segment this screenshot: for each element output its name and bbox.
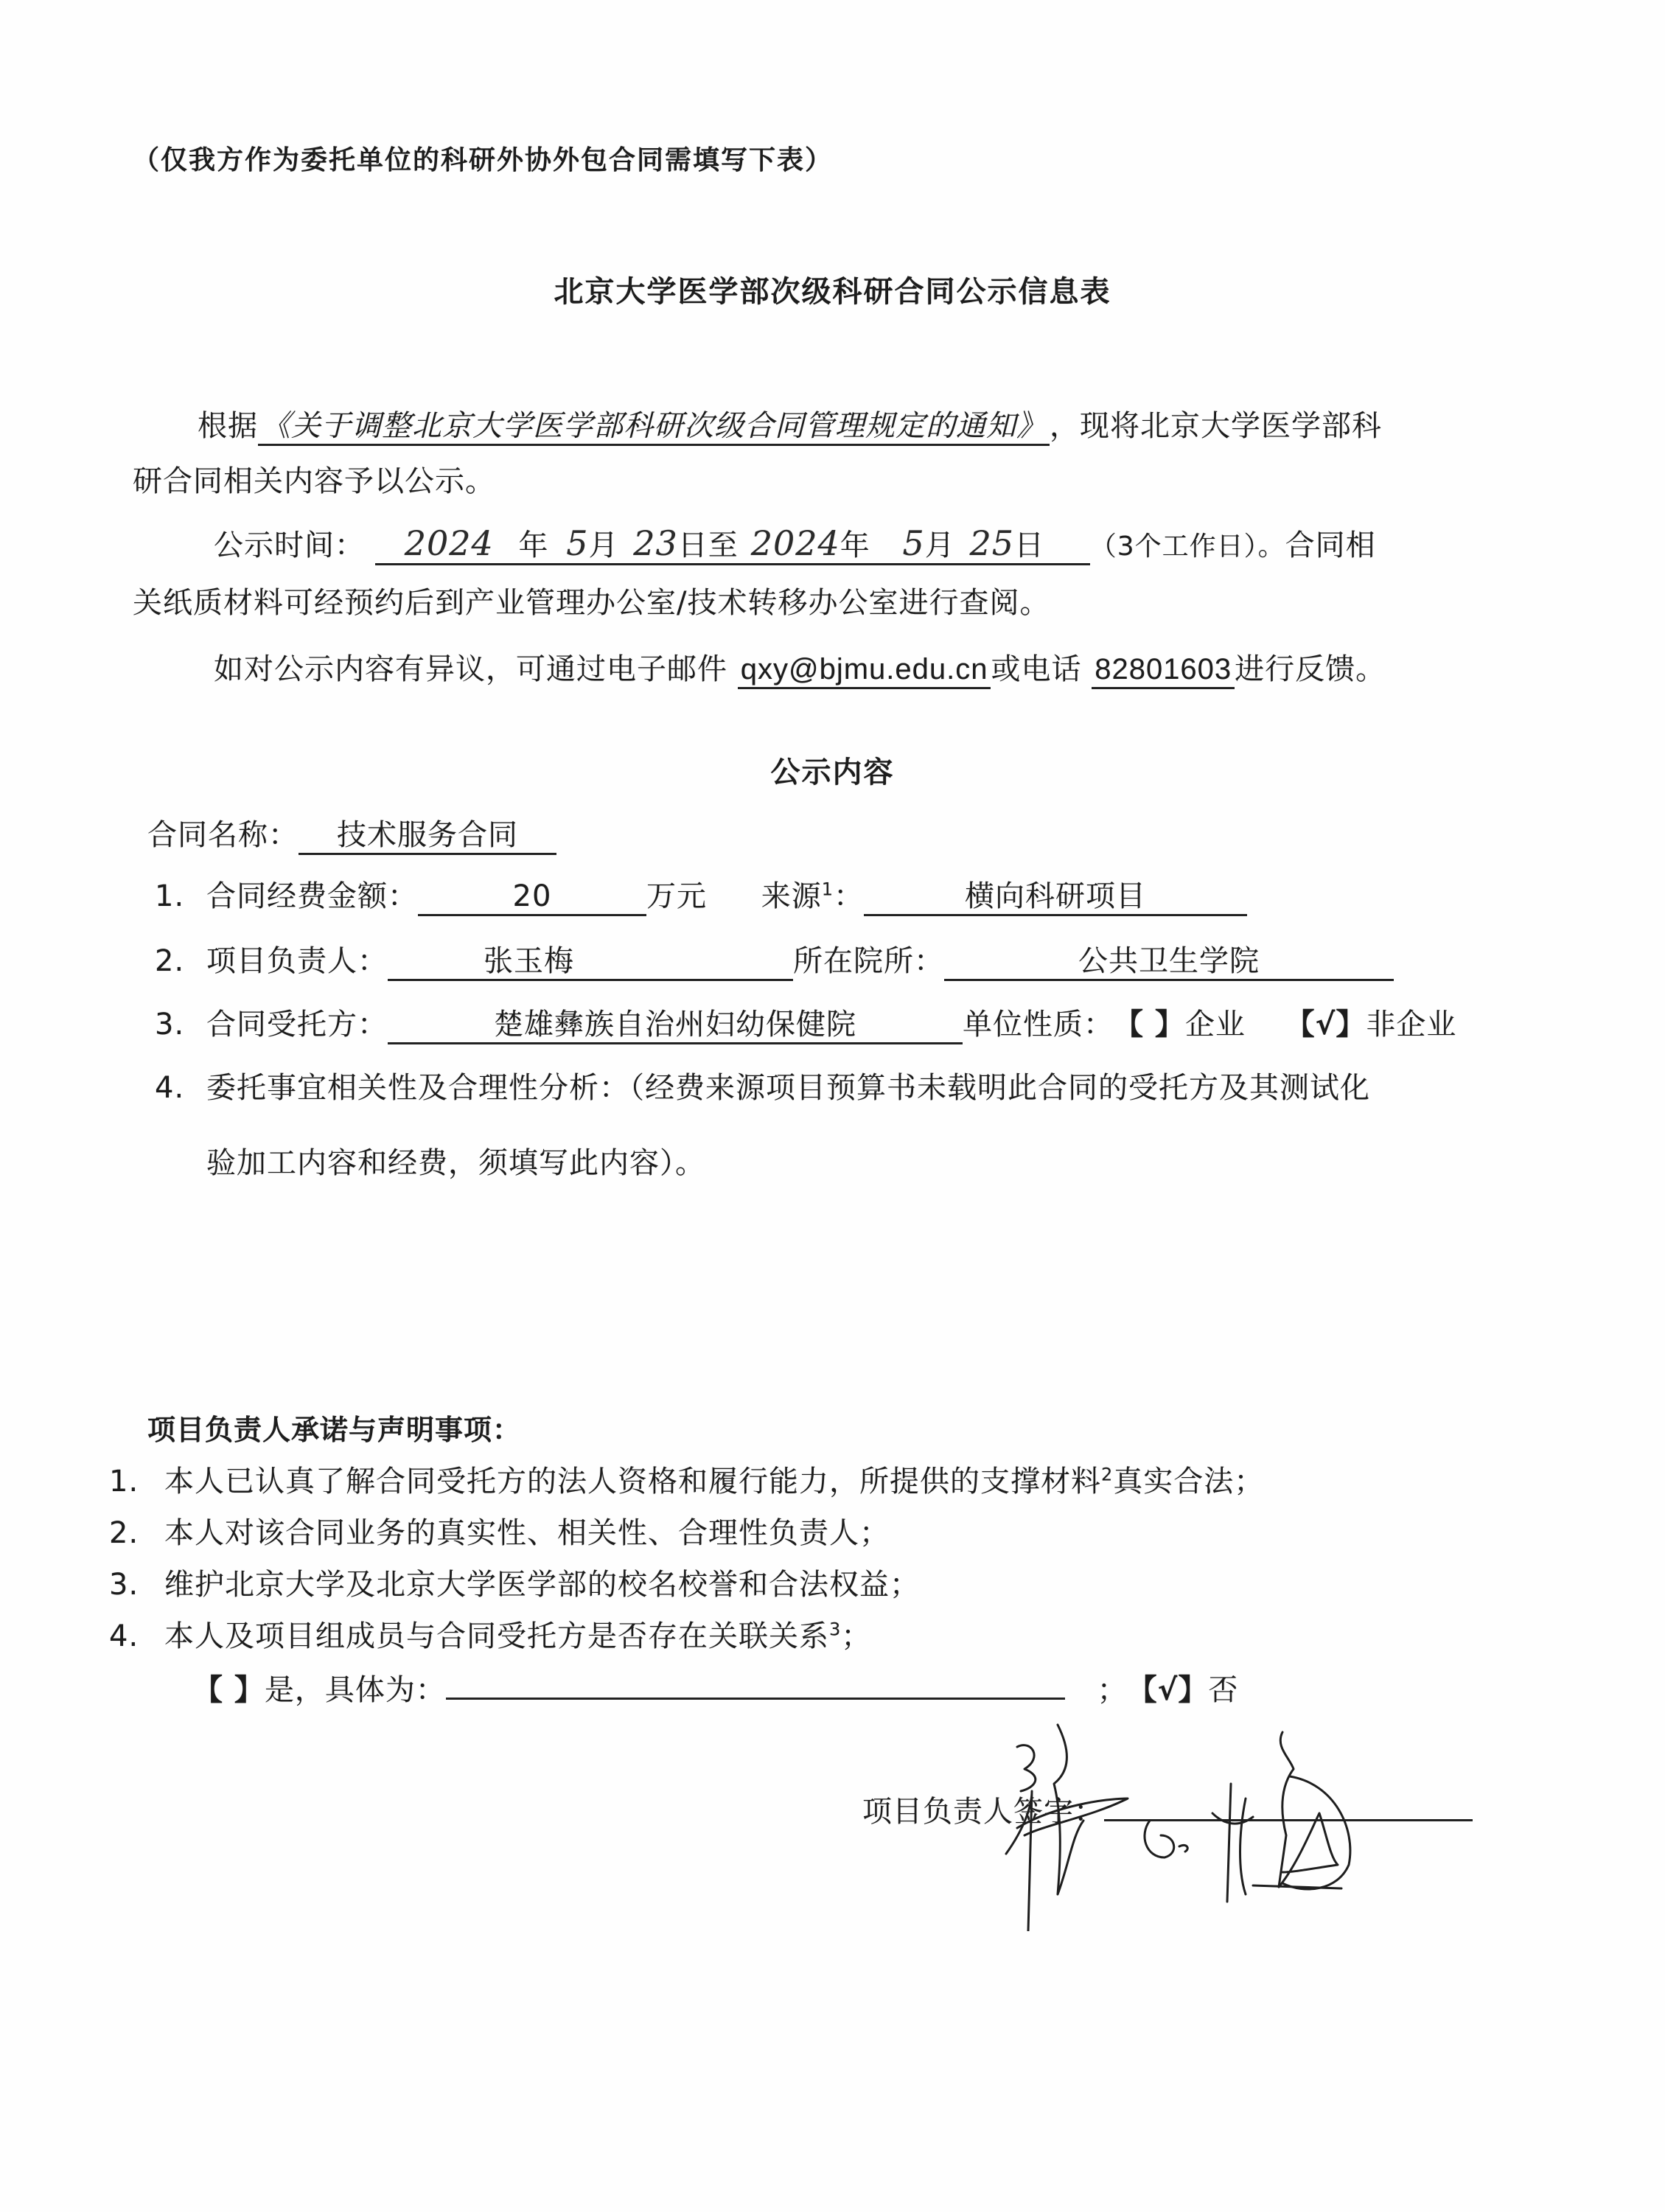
section-title: 公示内容 — [0, 752, 1665, 793]
commitment-item-1: 1.本人已认真了解合同受托方的法人资格和履行能力，所提供的支撑材料2真实合法； — [109, 1461, 1264, 1502]
intro-prefix: 根据 — [198, 409, 258, 443]
relation-detail-field[interactable] — [446, 1698, 1065, 1700]
contract-item-3: 3.合同受托方：楚雄彝族自治州妇幼保健院单位性质：【 】企业 【√】非企业 — [155, 1004, 1456, 1045]
non-enterprise-checkbox[interactable]: 【√】 — [1285, 1004, 1366, 1045]
amount-field[interactable]: 20 — [418, 879, 646, 916]
notice-period-line: 公示时间： 2024 年 5月 23日至 2024年 5月 25日 （3个工作日… — [214, 525, 1376, 568]
end-month: 5 — [903, 523, 925, 563]
amount-unit: 万元 — [646, 879, 707, 913]
feedback-email-link[interactable]: qxy@bjmu.edu.cn — [738, 652, 991, 689]
regulation-link[interactable]: 《关于调整北京大学医学部科研次级合同管理规定的通知》 — [258, 408, 1050, 446]
contract-item-1: 1.合同经费金额：20万元 来源1：横向科研项目 — [155, 876, 1247, 917]
non-enterprise-option-label: 非企业 — [1366, 1008, 1456, 1042]
contract-item-2: 2.项目负责人：张玉梅所在院所：公共卫生学院 — [155, 941, 1394, 982]
intro-line-1: 根据《关于调整北京大学医学部科研次级合同管理规定的通知》，现将北京大学医学部科 — [198, 405, 1382, 447]
contract-name-label: 合同名称： — [147, 818, 299, 852]
commitment-item-4: 4.本人及项目组成员与合同受托方是否存在关联关系3； — [109, 1616, 871, 1657]
notice-duration: （3个工作日）。 — [1090, 531, 1285, 562]
dept-field[interactable]: 公共卫生学院 — [944, 943, 1394, 981]
end-date-field[interactable]: 2024年 5月 25日 — [744, 526, 1090, 565]
start-month: 5 — [566, 523, 588, 563]
amount-label: 合同经费金额： — [206, 879, 418, 913]
intro-suffix: ，现将北京大学医学部科 — [1050, 409, 1382, 443]
commitments-title: 项目负责人承诺与声明事项： — [147, 1409, 521, 1451]
analysis-text-line-1: 委托事宜相关性及合理性分析：（经费来源项目预算书未载明此合同的受托方及其测试化 — [206, 1071, 1370, 1105]
pi-label: 项目负责人： — [206, 944, 388, 978]
notice-period-label: 公示时间： — [214, 528, 365, 562]
start-year: 2024 — [405, 523, 494, 563]
enterprise-option-label: 企业 — [1185, 1008, 1246, 1042]
source-field[interactable]: 横向科研项目 — [864, 879, 1247, 916]
contractor-field[interactable]: 楚雄彝族自治州妇幼保健院 — [388, 1007, 963, 1044]
page-title: 北京大学医学部次级科研合同公示信息表 — [0, 271, 1665, 313]
header-note: （仅我方作为委托单位的科研外协外包合同需填写下表） — [133, 140, 833, 181]
end-day: 25 — [970, 523, 1015, 563]
enterprise-checkbox[interactable]: 【 】 — [1114, 1004, 1185, 1045]
handwritten-signature-icon — [1002, 1717, 1459, 1931]
commitment-item-2: 2.本人对该合同业务的真实性、相关性、合理性负责人； — [109, 1513, 890, 1554]
start-day: 23 — [633, 523, 678, 563]
end-year: 2024 — [751, 523, 840, 563]
nature-label: 单位性质： — [963, 1008, 1114, 1042]
analysis-text-line-2: 验加工内容和经费，须填写此内容）。 — [206, 1142, 705, 1184]
relation-row: 【 】是，具体为： ；【√】否 — [193, 1670, 1238, 1711]
contractor-label: 合同受托方： — [206, 1008, 388, 1042]
commitment-item-3: 3.维护北京大学及北京大学医学部的校名校誉和合法权益； — [109, 1564, 920, 1605]
feedback-phone[interactable]: 82801603 — [1092, 652, 1235, 689]
notice-period-line-2: 关纸质材料可经预约后到产业管理办公室/技术转移办公室进行查阅。 — [133, 582, 1050, 624]
contract-item-4: 4.委托事宜相关性及合理性分析：（经费来源项目预算书未载明此合同的受托方及其测试… — [155, 1067, 1370, 1109]
intro-line-2: 研合同相关内容予以公示。 — [133, 461, 495, 502]
document-page: （仅我方作为委托单位的科研外协外包合同需填写下表） 北京大学医学部次级科研合同公… — [0, 0, 1665, 2212]
feedback-line: 如对公示内容有异议，可通过电子邮件 qxy@bjmu.edu.cn或电话 828… — [214, 649, 1386, 690]
relation-yes-checkbox[interactable]: 【 】 — [193, 1670, 265, 1711]
source-label: 来源 — [761, 879, 822, 913]
relation-yes-label: 是，具体为： — [265, 1673, 446, 1707]
contract-name-row: 合同名称：技术服务合同 — [147, 814, 556, 856]
relation-no-label: 否 — [1208, 1673, 1238, 1707]
contract-name-field[interactable]: 技术服务合同 — [299, 817, 556, 855]
dept-label: 所在院所： — [793, 944, 944, 978]
pi-field[interactable]: 张玉梅 — [388, 943, 793, 981]
relation-no-checkbox[interactable]: 【√】 — [1128, 1670, 1209, 1711]
start-date-field[interactable]: 2024 年 5月 23日至 — [375, 526, 744, 565]
